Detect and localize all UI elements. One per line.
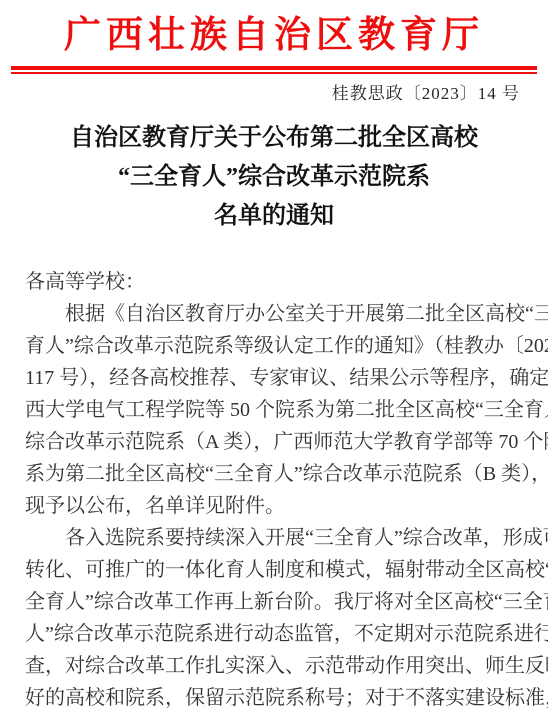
notice-title-line-1: 自治区教育厅关于公布第二批全区高校	[0, 119, 548, 158]
notice-body: 各高等学校： 根据《自治区教育厅办公室关于开展第二批全区高校“三全 育人”综合改…	[25, 266, 525, 713]
body-line: 根据《自治区教育厅办公室关于开展第二批全区高校“三全	[25, 298, 525, 330]
body-line: 查，对综合改革工作扎实深入、示范带动作用突出、师生反映良	[25, 650, 525, 682]
notice-title: 自治区教育厅关于公布第二批全区高校 “三全育人”综合改革示范院系 名单的通知	[0, 119, 548, 236]
notice-title-line-2: “三全育人”综合改革示范院系	[0, 158, 548, 197]
document-page: 广西壮族自治区教育厅 桂教思政〔2023〕14 号 自治区教育厅关于公布第二批全…	[0, 0, 548, 713]
body-line: 各入选院系要持续深入开展“三全育人”综合改革，形成可	[25, 522, 525, 554]
body-line: 全育人”综合改革工作再上新台阶。我厅将对全区高校“三全育	[25, 586, 525, 618]
red-separator	[11, 66, 537, 74]
body-line: 117 号），经各高校推荐、专家审议、结果公示等程序，确定广	[25, 362, 525, 394]
body-line: 转化、可推广的一体化育人制度和模式，辐射带动全区高校“三	[25, 554, 525, 586]
body-line: 综合改革示范院系（A 类），广西师范大学教育学部等 70 个院	[25, 426, 525, 458]
red-separator-thin-line	[11, 72, 537, 74]
body-line: 人”综合改革示范院系进行动态监管，不定期对示范院系进行复	[25, 618, 525, 650]
notice-title-line-3: 名单的通知	[0, 197, 548, 236]
body-line: 系为第二批全区高校“三全育人”综合改革示范院系（B 类），	[25, 458, 525, 490]
body-line: 西大学电气工程学院等 50 个院系为第二批全区高校“三全育人”	[25, 394, 525, 426]
salutation-line: 各高等学校：	[25, 266, 525, 298]
doc-number: 桂教思政〔2023〕14 号	[0, 85, 548, 103]
org-name-header: 广西壮族自治区教育厅	[0, 0, 548, 56]
red-separator-thick-line	[11, 66, 537, 70]
body-line: 好的高校和院系，保留示范院系称号；对于不落实建设标准，发	[25, 682, 525, 713]
body-line: 现予以公布，名单详见附件。	[25, 490, 525, 522]
body-line: 育人”综合改革示范院系等级认定工作的通知》（桂教办〔2023〕	[25, 330, 525, 362]
